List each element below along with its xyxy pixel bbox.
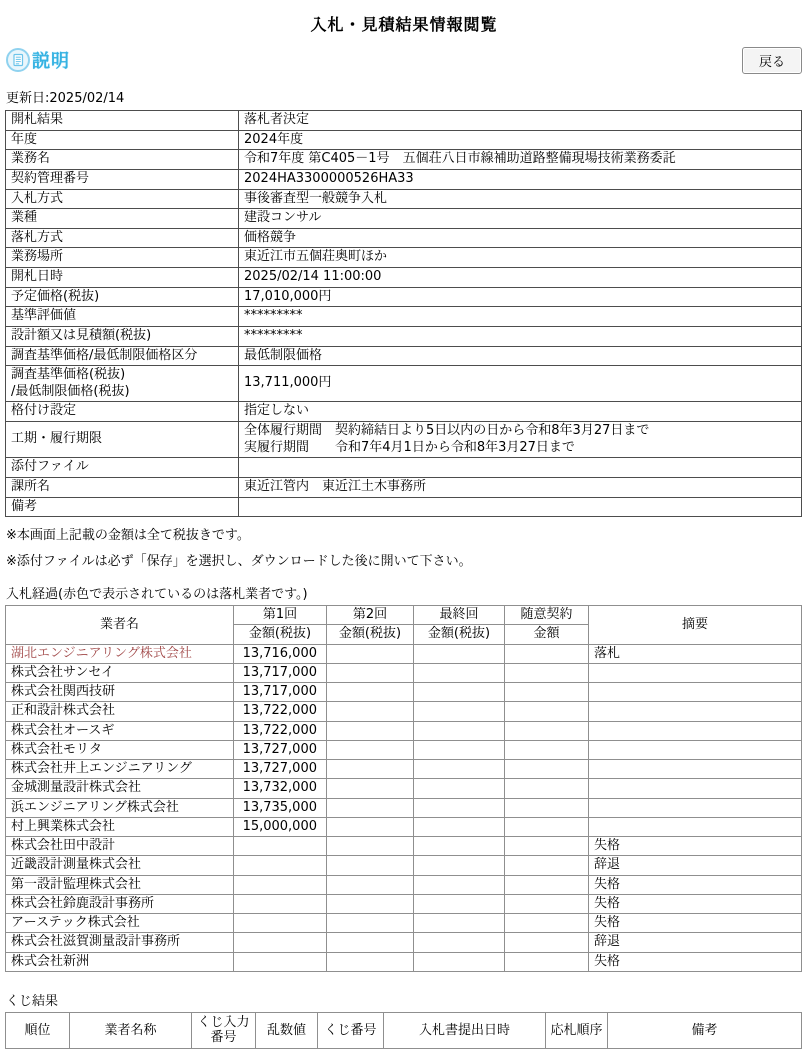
- col-header-random-value: 乱数値: [256, 1012, 318, 1048]
- detail-value: *********: [239, 307, 802, 327]
- col-subheader-amount1: 金額(税抜): [234, 625, 327, 644]
- remark: [589, 663, 802, 682]
- remark: 落札: [589, 644, 802, 663]
- detail-value: 価格競争: [239, 228, 802, 248]
- remark: [589, 683, 802, 702]
- detail-label: 契約管理番号: [6, 169, 239, 189]
- round2-amount: [327, 798, 414, 817]
- round2-amount: [327, 683, 414, 702]
- round2-amount: [327, 817, 414, 836]
- remark: 失格: [589, 875, 802, 894]
- round1-amount: [234, 875, 327, 894]
- round1-amount: [234, 952, 327, 971]
- round1-amount: 13,722,000: [234, 702, 327, 721]
- round2-amount: [327, 702, 414, 721]
- remark: 失格: [589, 894, 802, 913]
- detail-row: 入札方式事後審査型一般競争入札: [6, 189, 802, 209]
- explain-button-label: 説明: [32, 47, 70, 73]
- detail-row: 設計額又は見積額(税抜)*********: [6, 326, 802, 346]
- detail-value: 2025/02/14 11:00:00: [239, 268, 802, 288]
- nego-amount: [505, 760, 589, 779]
- detail-label: 設計額又は見積額(税抜): [6, 326, 239, 346]
- bid-row: 近畿設計測量株式会社辞退: [6, 856, 802, 875]
- vendor-name: 株式会社モリタ: [6, 740, 234, 759]
- detail-label: 工期・履行期限: [6, 422, 239, 458]
- nego-amount: [505, 894, 589, 913]
- detail-table: 開札結果落札者決定年度2024年度業務名令和7年度 第C405－1号 五個荘八日…: [5, 110, 802, 517]
- detail-value: [239, 497, 802, 517]
- detail-row: 基準評価値*********: [6, 307, 802, 327]
- final-amount: [414, 952, 505, 971]
- lottery-section-heading: くじ結果: [6, 990, 802, 1009]
- detail-label: 予定価格(税抜): [6, 287, 239, 307]
- detail-label: 課所名: [6, 477, 239, 497]
- round2-amount: [327, 875, 414, 894]
- final-amount: [414, 914, 505, 933]
- round1-amount: [234, 837, 327, 856]
- vendor-name: 株式会社オースギ: [6, 721, 234, 740]
- bid-row: 村上興業株式会社15,000,000: [6, 817, 802, 836]
- final-amount: [414, 817, 505, 836]
- round2-amount: [327, 721, 414, 740]
- nego-amount: [505, 875, 589, 894]
- back-button[interactable]: 戻る: [742, 47, 802, 74]
- nego-amount: [505, 952, 589, 971]
- detail-label: 開札結果: [6, 111, 239, 131]
- round2-amount: [327, 837, 414, 856]
- vendor-name: 村上興業株式会社: [6, 817, 234, 836]
- detail-row: 格付け設定指定しない: [6, 402, 802, 422]
- detail-label: 調査基準価格/最低制限価格区分: [6, 346, 239, 366]
- detail-row: 備考: [6, 497, 802, 517]
- detail-row: 契約管理番号2024HA3300000526HA33: [6, 169, 802, 189]
- detail-value: 落札者決定: [239, 111, 802, 131]
- detail-label: 基準評価値: [6, 307, 239, 327]
- vendor-name: 近畿設計測量株式会社: [6, 856, 234, 875]
- detail-row: 落札方式価格競争: [6, 228, 802, 248]
- detail-row: 調査基準価格/最低制限価格区分最低制限価格: [6, 346, 802, 366]
- detail-value: 令和7年度 第C405－1号 五個荘八日市線補助道路整備現場技術業務委託: [239, 150, 802, 170]
- final-amount: [414, 702, 505, 721]
- remark: 辞退: [589, 856, 802, 875]
- round2-amount: [327, 952, 414, 971]
- vendor-name: 湖北エンジニアリング株式会社: [6, 644, 234, 663]
- lottery-header-row: 順位 業者名称 くじ入力番号 乱数値 くじ番号 入札書提出日時 応札順序 備考: [6, 1012, 802, 1048]
- bid-row: 株式会社井上エンジニアリング13,727,000: [6, 760, 802, 779]
- vendor-name: 第一設計監理株式会社: [6, 875, 234, 894]
- detail-label: 落札方式: [6, 228, 239, 248]
- round1-amount: 13,716,000: [234, 644, 327, 663]
- final-amount: [414, 740, 505, 759]
- round1-amount: [234, 914, 327, 933]
- detail-value: 2024年度: [239, 130, 802, 150]
- remark: [589, 798, 802, 817]
- nego-amount: [505, 663, 589, 682]
- final-amount: [414, 644, 505, 663]
- detail-row: 課所名東近江管内 東近江土木事務所: [6, 477, 802, 497]
- bid-row: 湖北エンジニアリング株式会社13,716,000落札: [6, 644, 802, 663]
- remark: 失格: [589, 837, 802, 856]
- nego-amount: [505, 856, 589, 875]
- round2-amount: [327, 779, 414, 798]
- vendor-name: 株式会社新洲: [6, 952, 234, 971]
- final-amount: [414, 798, 505, 817]
- remark: 失格: [589, 952, 802, 971]
- page-title: 入札・見積結果情報閲覧: [4, 12, 804, 35]
- detail-row: 工期・履行期限全体履行期間 契約締結日より5日以内の日から令和8年3月27日まで…: [6, 422, 802, 458]
- round2-amount: [327, 663, 414, 682]
- final-amount: [414, 663, 505, 682]
- nego-amount: [505, 798, 589, 817]
- nego-amount: [505, 914, 589, 933]
- detail-value: 最低制限価格: [239, 346, 802, 366]
- bid-row: 金城測量設計株式会社13,732,000: [6, 779, 802, 798]
- detail-label: 年度: [6, 130, 239, 150]
- round1-amount: [234, 894, 327, 913]
- detail-value: 事後審査型一般競争入札: [239, 189, 802, 209]
- col-header-nego: 随意契約: [505, 606, 589, 625]
- round2-amount: [327, 760, 414, 779]
- col-header-round2: 第2回: [327, 606, 414, 625]
- vendor-name: 株式会社関西技研: [6, 683, 234, 702]
- detail-row: 開札日時2025/02/14 11:00:00: [6, 268, 802, 288]
- final-amount: [414, 779, 505, 798]
- final-amount: [414, 760, 505, 779]
- detail-label: 調査基準価格(税抜) /最低制限価格(税抜): [6, 366, 239, 402]
- final-amount: [414, 856, 505, 875]
- detail-label: 備考: [6, 497, 239, 517]
- bid-header-row-1: 業者名 第1回 第2回 最終回 随意契約 摘要: [6, 606, 802, 625]
- round1-amount: 15,000,000: [234, 817, 327, 836]
- round1-amount: 13,727,000: [234, 760, 327, 779]
- vendor-name: 株式会社鈴鹿設計事務所: [6, 894, 234, 913]
- detail-value: 指定しない: [239, 402, 802, 422]
- round1-amount: 13,717,000: [234, 663, 327, 682]
- detail-row: 開札結果落札者決定: [6, 111, 802, 131]
- bid-row: 株式会社田中設計失格: [6, 837, 802, 856]
- detail-value: 建設コンサル: [239, 209, 802, 229]
- col-header-final: 最終回: [414, 606, 505, 625]
- detail-label: 格付け設定: [6, 402, 239, 422]
- remark: [589, 817, 802, 836]
- detail-label: 業務場所: [6, 248, 239, 268]
- remark: [589, 760, 802, 779]
- round2-amount: [327, 856, 414, 875]
- bid-row: 株式会社オースギ13,722,000: [6, 721, 802, 740]
- detail-value: 2024HA3300000526HA33: [239, 169, 802, 189]
- vendor-name: 株式会社滋賀測量設計事務所: [6, 933, 234, 952]
- final-amount: [414, 837, 505, 856]
- nego-amount: [505, 933, 589, 952]
- vendor-name: 株式会社サンセイ: [6, 663, 234, 682]
- detail-label: 開札日時: [6, 268, 239, 288]
- detail-label: 入札方式: [6, 189, 239, 209]
- round1-amount: 13,722,000: [234, 721, 327, 740]
- detail-row: 業務場所東近江市五個荘奥町ほか: [6, 248, 802, 268]
- toolbar: 説明 戻る: [6, 45, 802, 75]
- bid-row: 第一設計監理株式会社失格: [6, 875, 802, 894]
- remark: [589, 779, 802, 798]
- detail-label: 業務名: [6, 150, 239, 170]
- nego-amount: [505, 683, 589, 702]
- detail-label: 業種: [6, 209, 239, 229]
- detail-value: [239, 458, 802, 478]
- col-subheader-amount2: 金額(税抜): [327, 625, 414, 644]
- col-header-lottery-input: くじ入力番号: [192, 1012, 256, 1048]
- round1-amount: [234, 856, 327, 875]
- vendor-name: 株式会社井上エンジニアリング: [6, 760, 234, 779]
- detail-label: 添付ファイル: [6, 458, 239, 478]
- remark: [589, 740, 802, 759]
- lottery-table: 順位 業者名称 くじ入力番号 乱数値 くじ番号 入札書提出日時 応札順序 備考: [5, 1012, 802, 1049]
- vendor-name: アーステック株式会社: [6, 914, 234, 933]
- detail-row: 業種建設コンサル: [6, 209, 802, 229]
- final-amount: [414, 933, 505, 952]
- detail-value: 東近江管内 東近江土木事務所: [239, 477, 802, 497]
- round2-amount: [327, 740, 414, 759]
- nego-amount: [505, 779, 589, 798]
- detail-row: 添付ファイル: [6, 458, 802, 478]
- remark: [589, 721, 802, 740]
- col-header-submit-datetime: 入札書提出日時: [384, 1012, 546, 1048]
- nego-amount: [505, 721, 589, 740]
- bid-row: 株式会社モリタ13,727,000: [6, 740, 802, 759]
- col-header-remark: 摘要: [589, 606, 802, 645]
- nego-amount: [505, 644, 589, 663]
- bid-row: 株式会社関西技研13,717,000: [6, 683, 802, 702]
- remark: 辞退: [589, 933, 802, 952]
- final-amount: [414, 875, 505, 894]
- nego-amount: [505, 702, 589, 721]
- col-header-lottery-number: くじ番号: [318, 1012, 384, 1048]
- detail-value: 東近江市五個荘奥町ほか: [239, 248, 802, 268]
- round1-amount: 13,735,000: [234, 798, 327, 817]
- col-subheader-amount4: 金額: [505, 625, 589, 644]
- round2-amount: [327, 894, 414, 913]
- detail-row: 業務名令和7年度 第C405－1号 五個荘八日市線補助道路整備現場技術業務委託: [6, 150, 802, 170]
- col-subheader-amount3: 金額(税抜): [414, 625, 505, 644]
- remark: [589, 702, 802, 721]
- explain-button[interactable]: 説明: [6, 47, 70, 73]
- final-amount: [414, 894, 505, 913]
- nego-amount: [505, 740, 589, 759]
- vendor-name: 金城測量設計株式会社: [6, 779, 234, 798]
- vendor-name: 正和設計株式会社: [6, 702, 234, 721]
- final-amount: [414, 683, 505, 702]
- detail-value: 13,711,000円: [239, 366, 802, 402]
- detail-value: 全体履行期間 契約締結日より5日以内の日から令和8年3月27日まで 実履行期間 …: [239, 422, 802, 458]
- page-root: 入札・見積結果情報閲覧 説明 戻る 更新日:2025/02/14 開札結果落札者…: [0, 0, 810, 1059]
- detail-row: 予定価格(税抜)17,010,000円: [6, 287, 802, 307]
- bid-row: 正和設計株式会社13,722,000: [6, 702, 802, 721]
- bid-table: 業者名 第1回 第2回 最終回 随意契約 摘要 金額(税抜) 金額(税抜) 金額…: [5, 605, 802, 972]
- col-header-vendor-name: 業者名称: [70, 1012, 192, 1048]
- bid-row: アーステック株式会社失格: [6, 914, 802, 933]
- bid-section-heading: 入札経過(赤色で表示されているのは落札業者です。): [6, 583, 802, 602]
- vendor-name: 浜エンジニアリング株式会社: [6, 798, 234, 817]
- round1-amount: [234, 933, 327, 952]
- detail-row: 年度2024年度: [6, 130, 802, 150]
- detail-row: 調査基準価格(税抜) /最低制限価格(税抜)13,711,000円: [6, 366, 802, 402]
- col-header-vendor: 業者名: [6, 606, 234, 645]
- note-taxless: ※本画面上記載の金額は全て税抜きです。: [6, 524, 802, 543]
- nego-amount: [505, 837, 589, 856]
- updated-date: 更新日:2025/02/14: [6, 87, 802, 106]
- round2-amount: [327, 644, 414, 663]
- remark: 失格: [589, 914, 802, 933]
- vendor-name: 株式会社田中設計: [6, 837, 234, 856]
- round1-amount: 13,732,000: [234, 779, 327, 798]
- bid-row: 株式会社鈴鹿設計事務所失格: [6, 894, 802, 913]
- document-icon: [6, 48, 30, 72]
- detail-value: 17,010,000円: [239, 287, 802, 307]
- bid-row: 株式会社新洲失格: [6, 952, 802, 971]
- round1-amount: 13,717,000: [234, 683, 327, 702]
- round1-amount: 13,727,000: [234, 740, 327, 759]
- col-header-round1: 第1回: [234, 606, 327, 625]
- bid-row: 株式会社サンセイ13,717,000: [6, 663, 802, 682]
- detail-value: *********: [239, 326, 802, 346]
- final-amount: [414, 721, 505, 740]
- col-header-bid-order: 応札順序: [546, 1012, 608, 1048]
- col-header-rank: 順位: [6, 1012, 70, 1048]
- col-header-remarks: 備考: [608, 1012, 802, 1048]
- bid-row: 株式会社滋賀測量設計事務所辞退: [6, 933, 802, 952]
- note-attachment: ※添付ファイルは必ず「保存」を選択し、ダウンロードした後に開いて下さい。: [6, 550, 802, 569]
- bid-row: 浜エンジニアリング株式会社13,735,000: [6, 798, 802, 817]
- round2-amount: [327, 933, 414, 952]
- nego-amount: [505, 817, 589, 836]
- round2-amount: [327, 914, 414, 933]
